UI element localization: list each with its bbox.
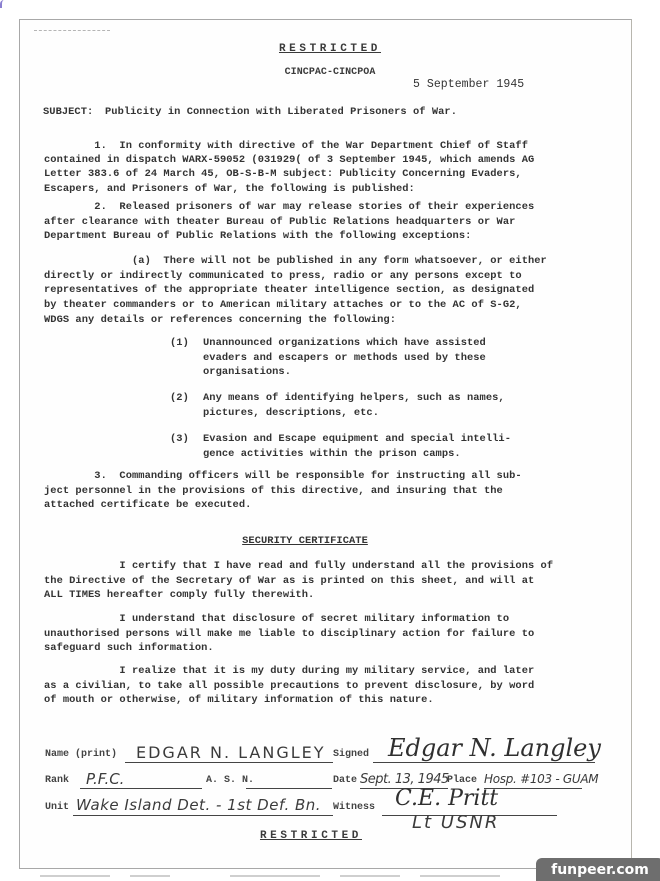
document-date: 5 September 1945	[413, 78, 524, 92]
paragraph-1-line: 1. In conformity with directive of the W…	[44, 139, 528, 153]
list-item-line: pictures, descriptions, etc.	[203, 406, 379, 420]
name-label: Name (print)	[45, 749, 117, 760]
signature-field[interactable]: Edgar N. Langley	[388, 734, 601, 762]
asn-field-line	[246, 788, 332, 789]
unit-field[interactable]: Wake Island Det. - 1st Def. Bn.	[76, 796, 321, 814]
list-item-line: Evasion and Escape equipment and special…	[203, 432, 511, 446]
certificate-paragraph-line: ALL TIMES hereafter comply fully therewi…	[44, 588, 314, 602]
date-field[interactable]: Sept. 13, 1945	[360, 772, 449, 787]
unit-label: Unit	[45, 802, 69, 813]
list-item-number: (2)	[170, 391, 189, 405]
witness-label: Witness	[333, 802, 375, 813]
name-field-line	[125, 762, 333, 763]
paragraph-3-line: 3. Commanding officers will be responsib…	[44, 469, 522, 483]
place-field[interactable]: Hosp. #103 - GUAM	[484, 772, 598, 786]
list-item-line: evaders and escapers or methods used by …	[203, 351, 486, 365]
classification-bottom: RESTRICTED	[0, 829, 641, 843]
witness-signature[interactable]: C.E. Pritt	[395, 786, 498, 811]
list-item-number: (3)	[170, 432, 189, 446]
certificate-paragraph-line: unauthorised persons will make me liable…	[44, 627, 534, 641]
subject-text: Publicity in Connection with Liberated P…	[105, 105, 457, 119]
list-item-line: gence activities within the prison camps…	[203, 447, 461, 461]
paragraph-2a-line: by theater commanders or to American mil…	[44, 298, 522, 312]
paragraph-1-line: Letter 383.6 of 24 March 45, OB-S-B-M su…	[44, 167, 522, 181]
certificate-paragraph-line: as a civilian, to take all possible prec…	[44, 679, 534, 693]
paragraph-1-line: Escapers, and Prisoners of War, the foll…	[44, 182, 415, 196]
paragraph-2a-line: representatives of the appropriate theat…	[44, 283, 534, 297]
corner-mark	[0, 0, 8, 8]
header-rule	[34, 30, 110, 31]
classification-top: RESTRICTED	[0, 42, 660, 56]
certificate-paragraph-line: I certify that I have read and fully und…	[44, 559, 553, 573]
watermark-badge: funpeer.com	[536, 858, 660, 881]
place-label: Place	[447, 775, 477, 786]
certificate-paragraph-line: I understand that disclosure of secret m…	[44, 612, 509, 626]
date-label: Date	[333, 775, 357, 786]
originator: CINCPAC-CINCPOA	[0, 66, 660, 80]
paragraph-2a-line: WDGS any details or references concernin…	[44, 313, 396, 327]
list-item-line: Any means of identifying helpers, such a…	[203, 391, 505, 405]
asn-label: A. S. N.	[206, 775, 254, 786]
list-item-number: (1)	[170, 336, 189, 350]
certificate-paragraph-line: of mouth or otherwise, of military infor…	[44, 693, 434, 707]
rank-field[interactable]: P.F.C.	[86, 770, 124, 788]
name-field[interactable]: EDGAR N. LANGLEY	[136, 743, 326, 762]
paragraph-2a-line: (a) There will not be published in any f…	[44, 254, 547, 268]
certificate-paragraph-line: I realize that it is my duty during my m…	[44, 664, 534, 678]
paragraph-2-line: after clearance with theater Bureau of P…	[44, 215, 515, 229]
rank-field-line	[80, 788, 202, 789]
paragraph-2-line: 2. Released prisoners of war may release…	[44, 200, 534, 214]
rank-label: Rank	[45, 775, 69, 786]
paragraph-3-line: ject personnel in the provisions of this…	[44, 484, 503, 498]
certificate-paragraph-line: the Directive of the Secretary of War as…	[44, 574, 534, 588]
subject-label: SUBJECT:	[43, 105, 93, 119]
unit-field-line	[73, 815, 333, 816]
paragraph-1-line: contained in dispatch WARX-59052 (031929…	[44, 153, 534, 167]
paragraph-2-line: Department Bureau of Public Relations wi…	[44, 229, 471, 243]
paragraph-2a-line: directly or indirectly communicated to p…	[44, 269, 522, 283]
certificate-title: SECURITY CERTIFICATE	[0, 534, 635, 548]
list-item-line: Unannounced organizations which have ass…	[203, 336, 486, 350]
certificate-paragraph-line: safeguard such information.	[44, 641, 214, 655]
list-item-line: organisations.	[203, 365, 291, 379]
place-field-line	[484, 788, 582, 789]
paragraph-3-line: attached certificate be executed.	[44, 498, 251, 512]
signed-label: Signed	[333, 749, 369, 760]
signed-field-line	[373, 762, 595, 763]
